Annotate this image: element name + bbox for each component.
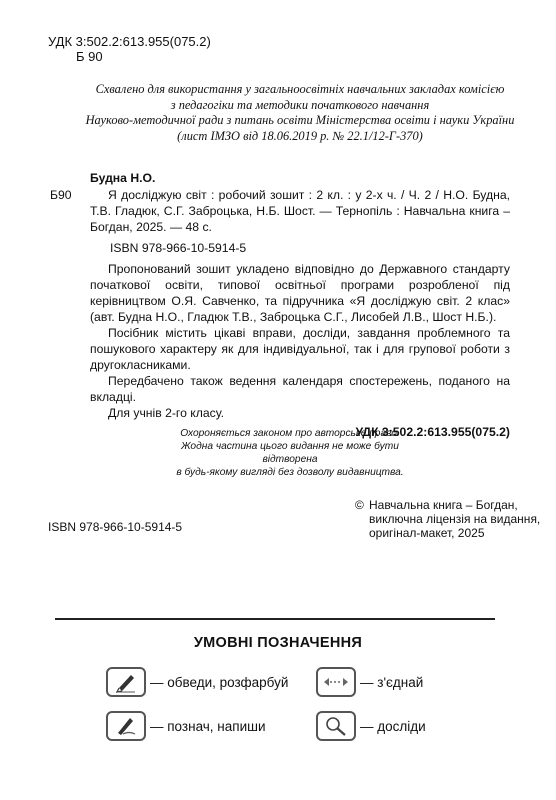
bbk-code: Б 90 (48, 49, 211, 64)
legend-item: — досліди (316, 711, 426, 741)
catalog-paragraph: Передбачено також ведення календаря спос… (90, 373, 510, 405)
catalog-isbn: ISBN 978-966-10-5914-5 (90, 240, 510, 256)
catalog-paragraph: Посібник містить цікаві вправи, досліди,… (90, 325, 510, 373)
magnifier-icon (316, 711, 356, 741)
approval-line: з педагогіки та методики початкового нав… (60, 98, 540, 114)
publisher-line: виключна ліцензія на видання, (355, 512, 540, 526)
publisher-block: ©Навчальна книга – Богдан, виключна ліце… (355, 498, 540, 540)
approval-line: (лист ІМЗО від 18.06.2019 р. № 22.1/12-Г… (60, 129, 540, 145)
footer-isbn: ISBN 978-966-10-5914-5 (48, 520, 182, 534)
legend-label: — познач, напиши (150, 719, 266, 734)
pencil-write-icon (106, 711, 146, 741)
copyright-line: в будь-якому вигляді без дозволу видавни… (160, 466, 420, 479)
top-udk-block: УДК 3:502.2:613.955(075.2) Б 90 (48, 34, 211, 64)
legend-label: — з'єднай (360, 675, 423, 690)
connect-arrows-icon (316, 667, 356, 697)
copyright-line: Охороняється законом про авторське право… (160, 427, 420, 440)
udk-code: УДК 3:502.2:613.955(075.2) (48, 34, 211, 49)
legend-label: — досліди (360, 719, 426, 734)
approval-line: Науково-методичної ради з питань освіти … (60, 113, 540, 129)
approval-statement: Схвалено для використання у загальноосві… (60, 82, 540, 144)
catalog-description: Я досліджую світ : робочий зошит : 2 кл.… (90, 187, 510, 235)
catalog-author: Будна Н.О. (90, 170, 155, 186)
legend-item: — познач, напиши (106, 711, 266, 741)
copyright-symbol: © (355, 498, 369, 512)
legend-label: — обведи, розфарбуй (150, 675, 288, 690)
catalog-body: Я досліджую світ : робочий зошит : 2 кл.… (90, 187, 510, 440)
catalog-code: Б90 (50, 187, 72, 203)
section-divider (55, 618, 495, 620)
legend-title: УМОВНІ ПОЗНАЧЕННЯ (0, 635, 556, 651)
pencil-outline-icon (106, 667, 146, 697)
legend-item: — обведи, розфарбуй (106, 667, 288, 697)
catalog-paragraph: Для учнів 2-го класу. (90, 405, 510, 421)
copyright-notice: Охороняється законом про авторське право… (160, 427, 420, 479)
catalog-paragraph: Пропонований зошит укладено відповідно д… (90, 261, 510, 325)
approval-line: Схвалено для використання у загальноосві… (60, 82, 540, 98)
publisher-line: оригінал-макет, 2025 (355, 526, 540, 540)
publisher-line: Навчальна книга – Богдан, (369, 498, 518, 512)
legend-item: — з'єднай (316, 667, 423, 697)
copyright-line: Жодна частина цього видання не може бути… (160, 440, 420, 466)
